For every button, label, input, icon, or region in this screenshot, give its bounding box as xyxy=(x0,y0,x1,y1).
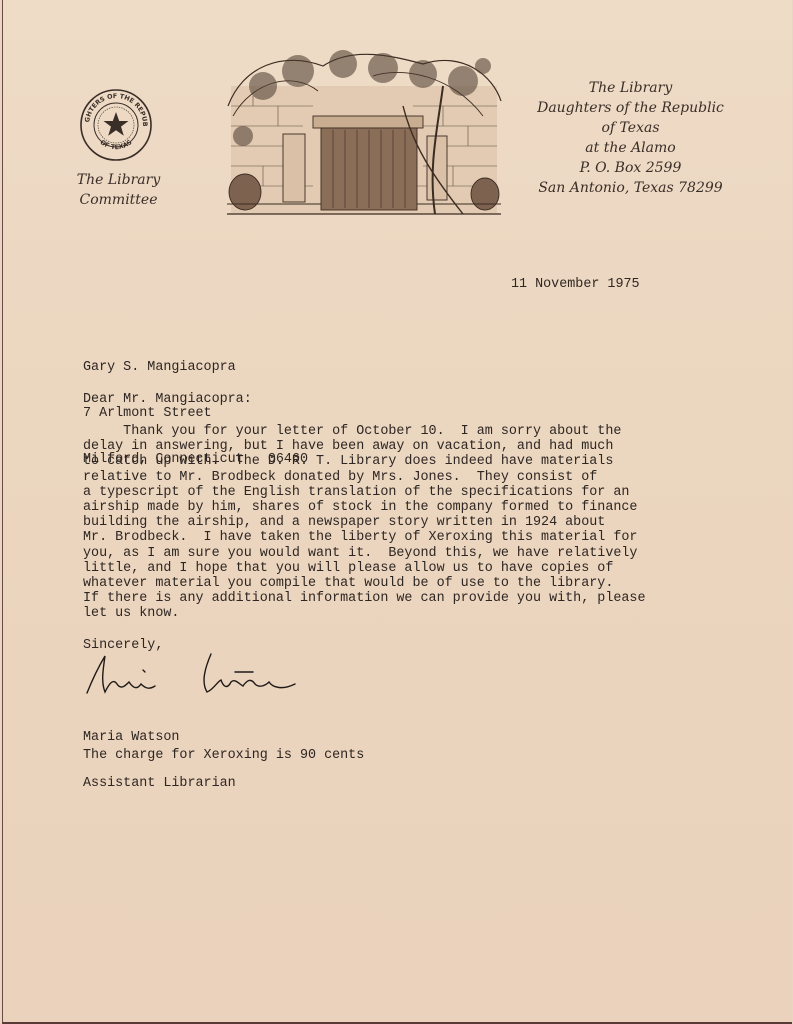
address-line: Daughters of the Republic xyxy=(523,98,738,118)
body-line: let us know. xyxy=(83,606,646,621)
svg-text:OF TEXAS: OF TEXAS xyxy=(99,138,134,151)
handwritten-signature: Maria Watson xyxy=(83,648,313,703)
committee-heading: The Library Committee xyxy=(61,170,176,210)
signer-title: Assistant Librarian xyxy=(83,776,236,791)
body-line: little, and I hope that you will please … xyxy=(83,561,646,576)
library-address: The Library Daughters of the Republic of… xyxy=(523,78,738,198)
letter-body: Thank you for your letter of October 10.… xyxy=(83,424,646,622)
body-line: whatever material you compile that would… xyxy=(83,576,646,591)
address-line: at the Alamo xyxy=(523,138,738,158)
body-line: building the airship, and a newspaper st… xyxy=(83,515,646,530)
letter-date: 11 November 1975 xyxy=(511,277,640,292)
recipient-name: Gary S. Mangiacopra xyxy=(83,360,308,375)
body-line: airship made by him, shares of stock in … xyxy=(83,500,646,515)
body-line: If there is any additional information w… xyxy=(83,591,646,606)
drt-seal-icon: DAUGHTERS OF THE REPUBLIC OF TEXAS xyxy=(79,88,153,162)
body-line: a typescript of the English translation … xyxy=(83,485,646,500)
signer-name: Maria Watson xyxy=(83,730,236,745)
letter-page: DAUGHTERS OF THE REPUBLIC OF TEXAS The L… xyxy=(2,0,792,1024)
body-line: relative to Mr. Brodbeck donated by Mrs.… xyxy=(83,470,646,485)
address-line: of Texas xyxy=(523,118,738,138)
alamo-illustration-icon xyxy=(223,46,505,222)
postscript: The charge for Xeroxing is 90 cents xyxy=(83,748,364,763)
body-line: Mr. Brodbeck. I have taken the liberty o… xyxy=(83,530,646,545)
body-line: delay in answering, but I have been away… xyxy=(83,439,646,454)
salutation: Dear Mr. Mangiacopra: xyxy=(83,392,252,407)
body-line: to catch up with. The D. R. T. Library d… xyxy=(83,454,646,469)
committee-line: Committee xyxy=(61,190,176,210)
address-line: San Antonio, Texas 78299 xyxy=(523,178,738,198)
recipient-street: 7 Arlmont Street xyxy=(83,406,308,421)
address-line: The Library xyxy=(523,78,738,98)
body-line: Thank you for your letter of October 10.… xyxy=(83,424,646,439)
address-line: P. O. Box 2599 xyxy=(523,158,738,178)
committee-line: The Library xyxy=(61,170,176,190)
body-line: you, as I am sure you would want it. Bey… xyxy=(83,546,646,561)
